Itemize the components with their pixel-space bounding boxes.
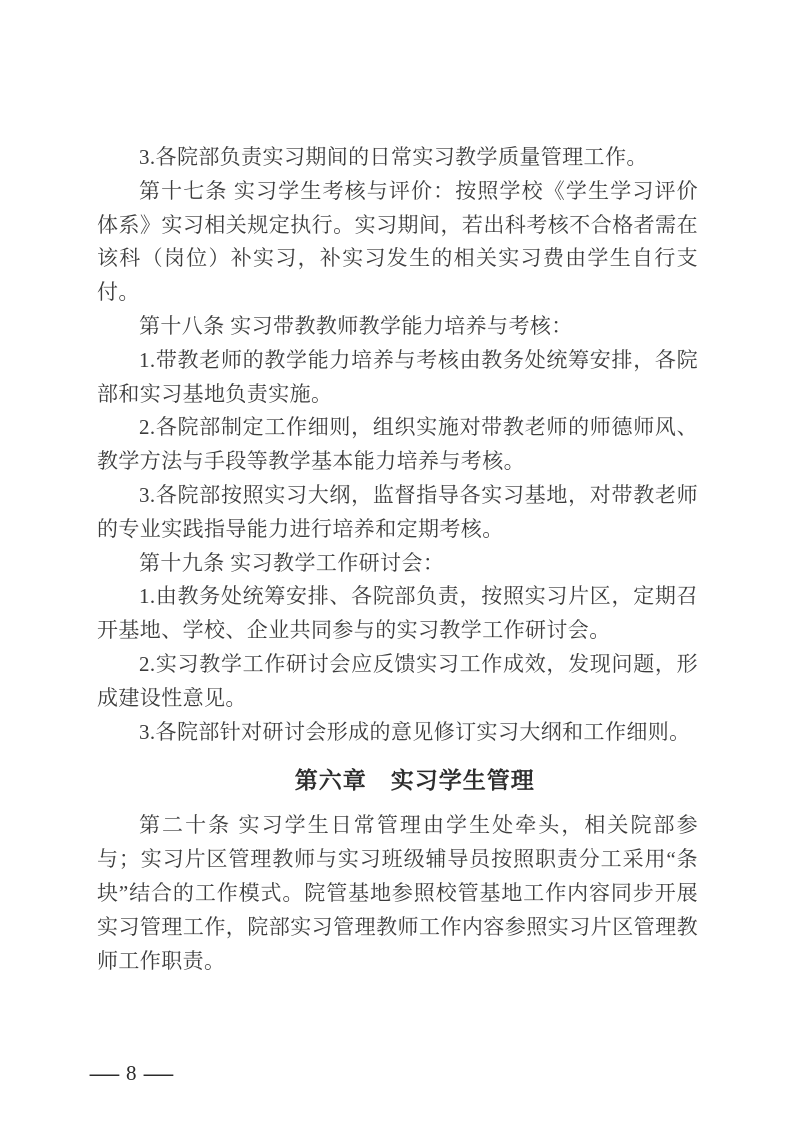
paragraph: 3.各院部按照实习大纲，监督指导各实习基地，对带教老师的专业实践指导能力进行培养…: [97, 479, 698, 547]
document-body: 3.各院部负责实习期间的日常实习教学质量管理工作。 第十七条 实习学生考核与评价…: [97, 141, 698, 978]
paragraph: 3.各院部针对研讨会形成的意见修订实习大纲和工作细则。: [97, 716, 698, 750]
paragraph: 2.各院部制定工作细则，组织实施对带教老师的师德师风、教学方法与手段等教学基本能…: [97, 411, 698, 479]
document-page: 3.各院部负责实习期间的日常实习教学质量管理工作。 第十七条 实习学生考核与评价…: [0, 0, 794, 1123]
paragraph: 2.实习教学工作研讨会应反馈实习工作成效，发现问题，形成建设性意见。: [97, 648, 698, 716]
paragraph: 第十七条 实习学生考核与评价：按照学校《学生学习评价体系》实习相关规定执行。实习…: [97, 175, 698, 310]
paragraph: 第二十条 实习学生日常管理由学生处牵头，相关院部参与；实习片区管理教师与实习班级…: [97, 809, 698, 978]
page-number: 8: [124, 1056, 139, 1090]
paragraph: 第十九条 实习教学工作研讨会：: [97, 547, 698, 581]
paragraph: 1.带教老师的教学能力培养与考核由教务处统筹安排，各院部和实习基地负责实施。: [97, 344, 698, 412]
paragraph: 1.由教务处统筹安排、各院部负责，按照实习片区，定期召开基地、学校、企业共同参与…: [97, 580, 698, 648]
chapter-heading: 第六章 实习学生管理: [97, 762, 698, 798]
paragraph: 第十八条 实习带教教师教学能力培养与考核：: [97, 310, 698, 344]
paragraph: 3.各院部负责实习期间的日常实习教学质量管理工作。: [97, 141, 698, 175]
page-footer: — 8 —: [94, 1056, 169, 1090]
footer-left-dash: —: [90, 1056, 119, 1090]
footer-right-dash: —: [143, 1056, 172, 1090]
